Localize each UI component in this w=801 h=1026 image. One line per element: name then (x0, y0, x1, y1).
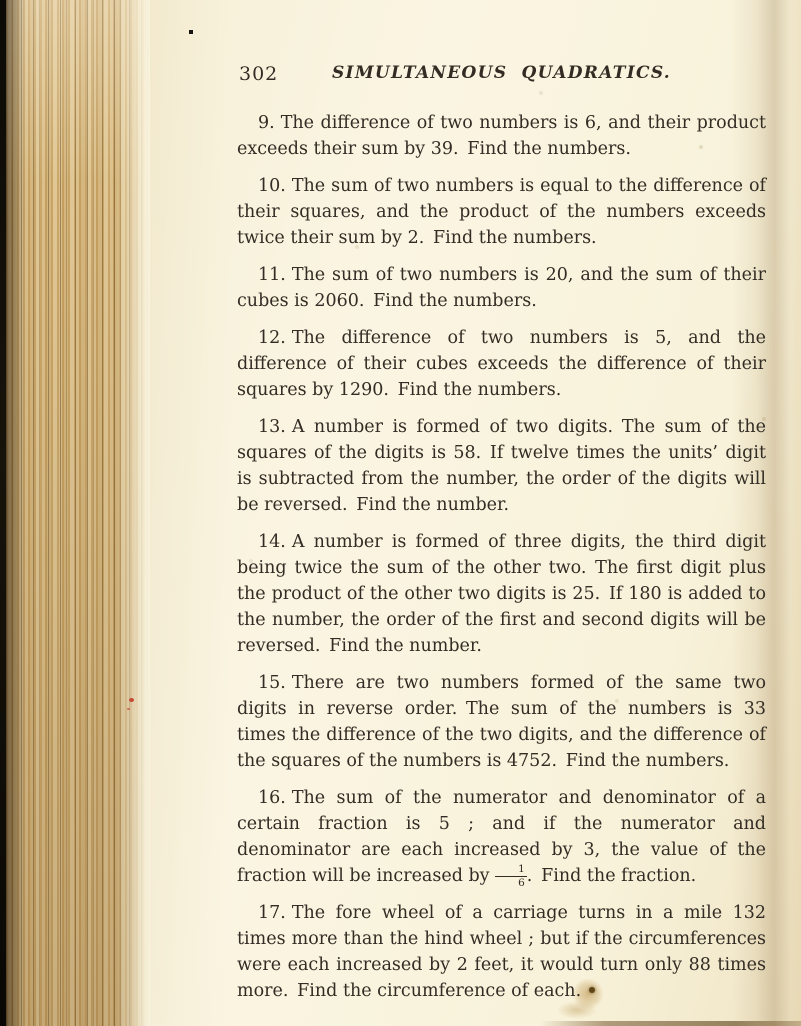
problem-number: 15. (258, 673, 286, 693)
problem-number: 12. (258, 328, 286, 348)
page-number: 302 (239, 61, 278, 87)
problem-text: A number is formed of three digits, the … (237, 532, 766, 656)
red-mark-artifact (129, 698, 134, 702)
problem-text: A number is formed of two digits. The su… (237, 417, 766, 515)
problem-item-15: 15.There are two numbers formed of the s… (237, 670, 766, 774)
problem-item-13: 13.A number is formed of two digits. The… (237, 414, 766, 518)
problem-number: 11. (258, 265, 286, 285)
running-head-title: SIMULTANEOUS QUADRATICS. (237, 60, 766, 86)
problem-number: 16. (258, 788, 286, 808)
problem-item-10: 10.The sum of two numbers is equal to th… (237, 173, 766, 251)
problem-text: The sum of two numbers is equal to the d… (237, 176, 766, 248)
problem-number: 10. (258, 176, 286, 196)
problem-number: 9. (258, 113, 275, 133)
problem-text: There are two numbers formed of the same… (237, 673, 766, 771)
problem-item-9: 9.The difference of two numbers is 6, an… (237, 110, 766, 162)
problem-number: 14. (258, 532, 286, 552)
paper-specks (0, 0, 2, 2)
fraction-numerator: 1 (495, 864, 527, 877)
ink-dot-artifact (189, 30, 193, 34)
fraction-denominator: 6 (495, 877, 527, 889)
problem-item-11: 11.The sum of two numbers is 20, and the… (237, 262, 766, 314)
page-header: 302 SIMULTANEOUS QUADRATICS. (237, 60, 766, 84)
problem-text: The fore wheel of a carriage turns in a … (237, 903, 766, 1001)
problem-item-17: 17.The fore wheel of a carriage turns in… (237, 900, 766, 1004)
problem-item-14: 14.A number is formed of three digits, t… (237, 529, 766, 659)
problem-text: The difference of two numbers is 5, and … (237, 328, 766, 400)
problem-text: The difference of two numbers is 6, and … (237, 113, 766, 159)
scanned-book-page: 302 SIMULTANEOUS QUADRATICS. 9.The diffe… (0, 0, 801, 1026)
problem-text: The sum of two numbers is 20, and the su… (237, 265, 766, 311)
page-content: 302 SIMULTANEOUS QUADRATICS. 9.The diffe… (237, 60, 766, 1004)
fraction-one-sixth: 16 (495, 864, 527, 888)
problem-item-12: 12.The difference of two numbers is 5, a… (237, 325, 766, 403)
problem-number: 13. (258, 417, 286, 437)
problem-text: . Find the fraction. (527, 866, 696, 886)
book-page-edges-texture (6, 0, 150, 1026)
problem-item-16: 16.The sum of the numerator and denomina… (237, 785, 766, 889)
problem-number: 17. (258, 903, 286, 923)
